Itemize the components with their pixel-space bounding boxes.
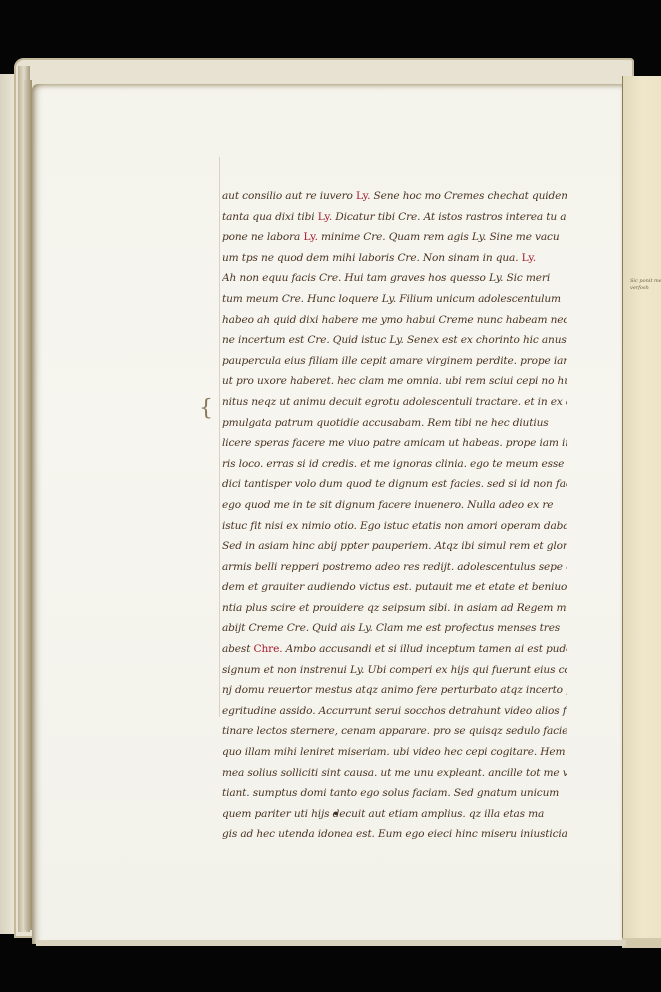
manuscript-line: tinare lectos sternere, cenam apparare. … bbox=[222, 721, 567, 742]
line-text: tiant. sumptus domi tanto ego solus faci… bbox=[222, 787, 559, 799]
line-text: abest bbox=[222, 643, 254, 655]
manuscript-line: egritudine assido. Accurrunt serui socch… bbox=[222, 701, 567, 722]
line-text: ris loco. erras si id credis. et me igno… bbox=[222, 458, 564, 470]
facing-page-bottom bbox=[622, 938, 661, 948]
manuscript-line: nitus neqz ut animu decuit egrotu adoles… bbox=[222, 392, 567, 413]
line-text: ntia plus scire et prouidere qz seipsum … bbox=[222, 602, 567, 614]
manuscript-line: signum et non instrenui Ly. Ubi comperi … bbox=[222, 660, 567, 681]
manuscript-line: habeo ah quid dixi habere me ymo habui C… bbox=[222, 310, 567, 331]
manuscript-scan: Sic ponit me verfosh { aut consilio aut … bbox=[0, 0, 661, 992]
line-text: quo illam mihi leniret miseriam. ubi vid… bbox=[222, 746, 567, 758]
line-text: licere speras facere me viuo patre amica… bbox=[222, 437, 567, 449]
line-text: abijt Creme Cre. Quid ais Ly. Clam me es… bbox=[222, 622, 560, 634]
margin-bracket-mark: { bbox=[199, 396, 213, 421]
line-text: minime Cre. Quam rem agis Ly. Sine me va… bbox=[318, 231, 560, 243]
line-text: dem et grauiter audiendo victus est. put… bbox=[222, 581, 567, 593]
line-text: paupercula eius filiam ille cepit amare … bbox=[222, 355, 567, 367]
manuscript-line: dici tantisper volo dum quod te dignum e… bbox=[222, 474, 567, 495]
rubric-speaker-label: Ly. bbox=[522, 252, 536, 264]
line-text: nitus neqz ut animu decuit egrotu adoles… bbox=[222, 396, 567, 408]
rubric-speaker-label: Ly. bbox=[303, 231, 317, 243]
manuscript-line: armis belli repperi postremo adeo res re… bbox=[222, 557, 567, 578]
line-text: quem pariter uti hijs decuit aut etiam a… bbox=[222, 808, 544, 820]
line-text: Ambo accusandi et si illud inceptum tame… bbox=[282, 643, 567, 655]
line-text: nj domu reuertor mestus atqz animo fere … bbox=[222, 684, 567, 696]
manuscript-line: tum meum Cre. Hunc loquere Ly. Filium un… bbox=[222, 289, 567, 310]
manuscript-line: dem et grauiter audiendo victus est. put… bbox=[222, 577, 567, 598]
manuscript-line: nj domu reuertor mestus atqz animo fere … bbox=[222, 680, 567, 701]
manuscript-line: Ah non equu facis Cre. Hui tam graves ho… bbox=[222, 268, 567, 289]
main-text-block: aut consilio aut re iuvero Ly. Sene hoc … bbox=[222, 186, 567, 845]
manuscript-line: aut consilio aut re iuvero Ly. Sene hoc … bbox=[222, 186, 567, 207]
rubric-speaker-label: Chre. bbox=[254, 643, 283, 655]
rubric-speaker-label: Ly. bbox=[356, 190, 370, 202]
manuscript-line: ntia plus scire et prouidere qz seipsum … bbox=[222, 598, 567, 619]
line-text: Sed in asiam hinc abij ppter pauperiem. … bbox=[222, 540, 567, 552]
manuscript-line: licere speras facere me viuo patre amica… bbox=[222, 433, 567, 454]
manuscript-line: tanta qua dixi tibi Ly. Dicatur tibi Cre… bbox=[222, 207, 567, 228]
line-text: tum meum Cre. Hunc loquere Ly. Filium un… bbox=[222, 293, 561, 305]
folio-bottom-edge bbox=[36, 940, 626, 946]
manuscript-line: istuc fit nisi ex nimio otio. Ego istuc … bbox=[222, 516, 567, 537]
manuscript-line: pone ne labora Ly. minime Cre. Quam rem … bbox=[222, 227, 567, 248]
line-text: um tps ne quod dem mihi laboris Cre. Non… bbox=[222, 252, 522, 264]
line-text: Ah non equu facis Cre. Hui tam graves ho… bbox=[222, 272, 550, 284]
manuscript-line: mea solius solliciti sint causa. ut me u… bbox=[222, 763, 567, 784]
manuscript-line: quo illam mihi leniret miseriam. ubi vid… bbox=[222, 742, 567, 763]
margin-note-right: Sic ponit me verfosh bbox=[630, 278, 661, 292]
line-text: dici tantisper volo dum quod te dignum e… bbox=[222, 478, 567, 490]
line-text: pone ne labora bbox=[222, 231, 303, 243]
manuscript-line: um tps ne quod dem mihi laboris Cre. Non… bbox=[222, 248, 567, 269]
line-text: ne incertum est Cre. Quid istuc Ly. Sene… bbox=[222, 334, 567, 346]
rubric-speaker-label: Ly. bbox=[318, 211, 332, 223]
manuscript-line: ego quod me in te sit dignum facere inue… bbox=[222, 495, 567, 516]
manuscript-line: quem pariter uti hijs decuit aut etiam a… bbox=[222, 804, 567, 825]
line-text: habeo ah quid dixi habere me ymo habui C… bbox=[222, 314, 567, 326]
line-text: istuc fit nisi ex nimio otio. Ego istuc … bbox=[222, 520, 567, 532]
manuscript-line: ris loco. erras si id credis. et me igno… bbox=[222, 454, 567, 475]
ink-spot bbox=[334, 812, 338, 815]
line-text: Sene hoc mo Cremes chechat quidem bbox=[370, 190, 567, 202]
manuscript-line: gis ad hec utenda idonea est. Eum ego ei… bbox=[222, 824, 567, 845]
line-text: mea solius solliciti sint causa. ut me u… bbox=[222, 767, 567, 779]
line-text: Dicatur tibi Cre. At istos rastros inter… bbox=[332, 211, 567, 223]
line-text: ego quod me in te sit dignum facere inue… bbox=[222, 499, 553, 511]
line-text: tinare lectos sternere, cenam apparare. … bbox=[222, 725, 567, 737]
line-text: armis belli repperi postremo adeo res re… bbox=[222, 561, 567, 573]
manuscript-line: paupercula eius filiam ille cepit amare … bbox=[222, 351, 567, 372]
line-text: pmulgata patrum quotidie accusabam. Rem … bbox=[222, 417, 549, 429]
manuscript-line: tiant. sumptus domi tanto ego solus faci… bbox=[222, 783, 567, 804]
line-text: tanta qua dixi tibi bbox=[222, 211, 318, 223]
page-edge bbox=[24, 80, 32, 930]
manuscript-line: ut pro uxore haberet. hec clam me omnia.… bbox=[222, 371, 567, 392]
line-text: ut pro uxore haberet. hec clam me omnia.… bbox=[222, 375, 567, 387]
line-text: aut consilio aut re iuvero bbox=[222, 190, 356, 202]
manuscript-line: ne incertum est Cre. Quid istuc Ly. Sene… bbox=[222, 330, 567, 351]
manuscript-line: Sed in asiam hinc abij ppter pauperiem. … bbox=[222, 536, 567, 557]
manuscript-line: pmulgata patrum quotidie accusabam. Rem … bbox=[222, 413, 567, 434]
ruling-line bbox=[219, 157, 220, 717]
facing-page-edge bbox=[622, 76, 661, 940]
line-text: egritudine assido. Accurrunt serui socch… bbox=[222, 705, 567, 717]
line-text: gis ad hec utenda idonea est. Eum ego ei… bbox=[222, 828, 567, 840]
manuscript-line: abest Chre. Ambo accusandi et si illud i… bbox=[222, 639, 567, 660]
manuscript-line: abijt Creme Cre. Quid ais Ly. Clam me es… bbox=[222, 618, 567, 639]
line-text: signum et non instrenui Ly. Ubi comperi … bbox=[222, 664, 567, 676]
